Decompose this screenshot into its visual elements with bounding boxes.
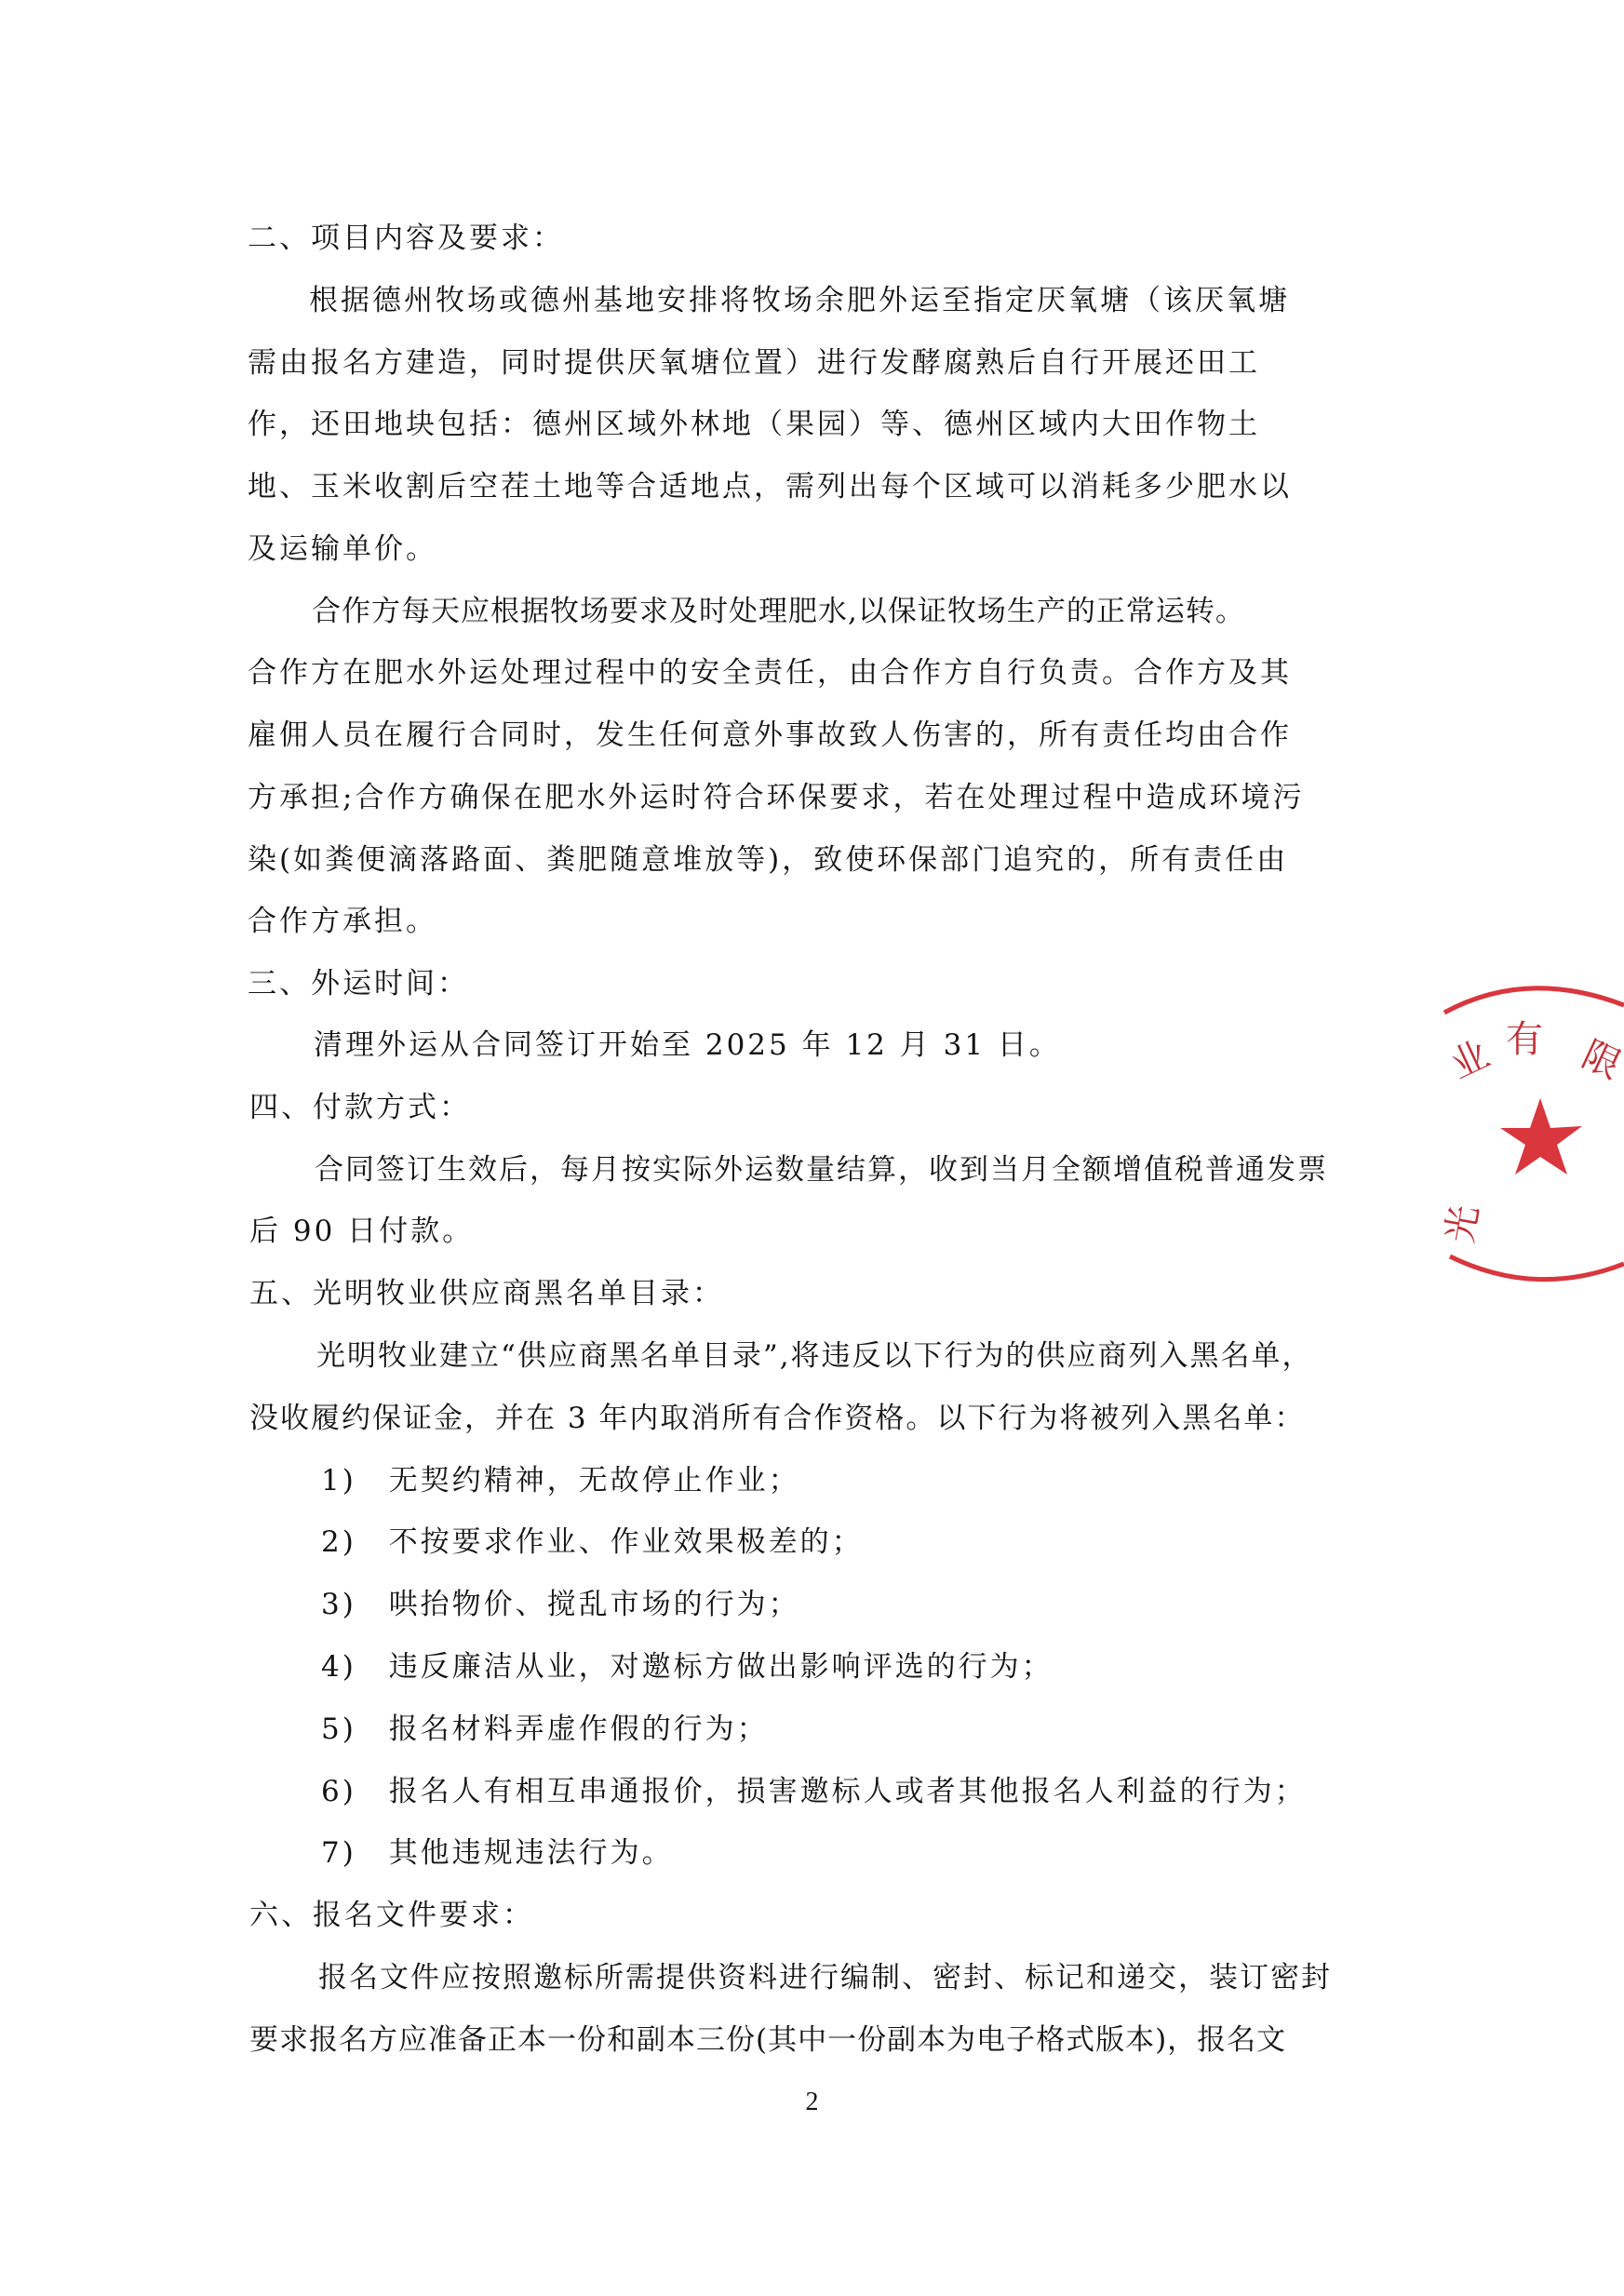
list-item: 6) 报名人有相互串通报价，损害邀标人或者其他报名人利益的行为； (321, 1773, 1307, 1810)
list-number: 4) (321, 1650, 356, 1684)
list-text: 报名材料弄虚作假的行为； (389, 1712, 769, 1746)
section-heading-2: 二、项目内容及要求： (248, 220, 564, 257)
paragraph-line: 要求报名方应准备正本一份和副本三份(其中一份副本为电子格式版本)，报名文 (249, 2021, 1286, 2059)
list-item: 4) 违反廉洁从业，对邀标方做出影响评选的行为； (321, 1648, 1054, 1685)
paragraph-line: 没收履约保证金，并在 3 年内取消所有合作资格。以下行为将被列入黑名单： (249, 1400, 1305, 1437)
paragraph-line: 后 90 日付款。 (249, 1213, 474, 1250)
list-item: 7) 其他违规违法行为。 (321, 1834, 674, 1872)
list-number: 7) (321, 1836, 356, 1870)
list-text: 哄抬物价、搅乱市场的行为； (389, 1588, 800, 1621)
list-text: 其他违规违法行为。 (389, 1836, 674, 1870)
paragraph-line: 合同签订生效后，每月按实际外运数量结算，收到当月全额增值税普通发票 (315, 1151, 1328, 1188)
paragraph-line: 方承担;合作方确保在肥水外运时符合环保要求，若在处理过程中造成环境污 (248, 779, 1304, 816)
paragraph-line: 合作方在肥水外运处理过程中的安全责任，由合作方自行负责。合作方及其 (248, 654, 1292, 691)
list-text: 违反廉洁从业，对邀标方做出影响评选的行为； (389, 1650, 1054, 1684)
list-number: 3) (321, 1588, 356, 1621)
paragraph-line: 需由报名方建造，同时提供厌氧塘位置）进行发酵腐熟后自行开展还田工 (248, 344, 1260, 382)
svg-text:有: 有 (1506, 1018, 1543, 1061)
paragraph-line: 作，还田地块包括：德州区域外林地（果园）等、德州区域内大田作物土 (248, 406, 1260, 443)
list-item: 5) 报名材料弄虚作假的行为； (321, 1711, 769, 1748)
list-item: 2) 不按要求作业、作业效果极差的； (321, 1524, 864, 1561)
svg-text:光: 光 (1439, 1202, 1487, 1246)
section-heading-3: 三、外运时间： (248, 965, 469, 1002)
list-number: 6) (321, 1775, 356, 1808)
list-number: 1) (321, 1464, 356, 1497)
list-number: 5) (321, 1712, 356, 1746)
paragraph-line: 及运输单价。 (248, 530, 437, 568)
svg-text:业: 业 (1444, 1033, 1496, 1088)
svg-text:限: 限 (1576, 1033, 1624, 1088)
paragraph-line: 清理外运从合同签订开始至 2025 年 12 月 31 日。 (314, 1027, 1061, 1064)
list-item: 1) 无契约精神，无故停止作业； (321, 1462, 800, 1499)
paragraph-line: 合作方每天应根据牧场要求及时处理肥水,以保证牧场生产的正常运转。 (312, 593, 1245, 630)
paragraph-line: 根据德州牧场或德州基地安排将牧场余肥外运至指定厌氧塘（该厌氧塘 (309, 282, 1290, 319)
paragraph-line: 报名文件应按照邀标所需提供资料进行编制、密封、标记和递交，装订密封 (318, 1959, 1332, 1996)
page-number: 2 (0, 2088, 1624, 2117)
paragraph-line: 地、玉米收割后空茬土地等合适地点，需列出每个区域可以消耗多少肥水以 (248, 468, 1292, 505)
paragraph-line: 染(如粪便滴落路面、粪肥随意堆放等)，致使环保部门追究的，所有责任由 (248, 841, 1288, 879)
section-heading-5: 五、光明牧业供应商黑名单目录： (249, 1275, 724, 1312)
paragraph-line: 雇佣人员在履行合同时，发生任何意外事故致人伤害的，所有责任均由合作 (248, 717, 1292, 754)
list-text: 报名人有相互串通报价，损害邀标人或者其他报名人利益的行为； (389, 1775, 1307, 1808)
list-item: 3) 哄抬物价、搅乱市场的行为； (321, 1586, 800, 1623)
list-number: 2) (321, 1525, 356, 1559)
company-seal-icon: 业 有 限 光 (1433, 968, 1624, 1303)
list-text: 无契约精神，无故停止作业； (389, 1464, 800, 1497)
list-text: 不按要求作业、作业效果极差的； (389, 1525, 864, 1559)
section-heading-4: 四、付款方式： (249, 1089, 471, 1126)
section-heading-6: 六、报名文件要求： (249, 1897, 534, 1934)
paragraph-line: 合作方承担。 (248, 903, 437, 940)
paragraph-line: 光明牧业建立“供应商黑名单目录”,将违反以下行为的供应商列入黑名单， (316, 1337, 1313, 1375)
